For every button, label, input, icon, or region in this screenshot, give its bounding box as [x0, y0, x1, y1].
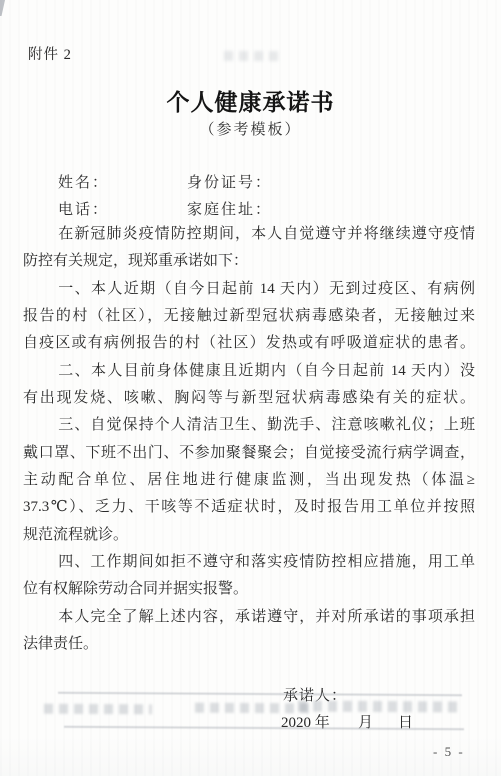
body-line: 防控有关规定，现郑重承诺如下： [23, 248, 475, 275]
bleed-through-smudge [224, 51, 280, 61]
body-line: 自疫区或有病例报告的村（社区）发热或有呼吸道症状的患者。 [23, 330, 475, 357]
scanned-document-page: 附件 2 个人健康承诺书 （参考模板） 姓名： 身份证号： 电话： 家庭住址： … [0, 0, 501, 776]
body-line: 法律责任。 [23, 631, 475, 658]
body-line: 本人完全了解上述内容，承诺遵守，并对所承诺的事项承担 [23, 604, 475, 631]
body-line: 有出现发烧、咳嗽、胸闷等与新型冠状病毒感染有关的症状。 [23, 385, 475, 412]
bleed-through-text-smudge [44, 704, 152, 715]
date-year-label: 2020 年 [281, 711, 330, 732]
body-line: 一、本人近期（自今日起前 14 天内）无到过疫区、有病例 [23, 276, 475, 303]
body-line: 在新冠肺炎疫情防控期间，本人自觉遵守并将继续遵守疫情 [23, 221, 475, 248]
bleed-through-rule [58, 692, 462, 696]
body-line: 37.3℃）、乏力、干咳等不适症状时，及时报告用工单位并按照 [23, 494, 475, 521]
body-line: 主动配合单位、居住地进行健康监测，当出现发热（体温≥ [23, 467, 475, 494]
phone-field-label: 电话： [58, 197, 109, 224]
body-line: 规范流程就诊。 [23, 522, 475, 549]
body-line: 位有权解除劳动合同并据实报警。 [23, 576, 475, 603]
document-title: 个人健康承诺书 [0, 84, 501, 117]
scan-shading [0, 736, 501, 776]
field-row-phone-address: 电话： 家庭住址： [0, 197, 501, 224]
body-line: 二、本人目前身体健康且近期内（自今日起前 14 天内）没 [23, 358, 475, 385]
document-subtitle: （参考模板） [0, 118, 501, 139]
date-month-label: 月 [358, 711, 373, 732]
body-line: 三、自觉保持个人清洁卫生、勤洗手、注意咳嗽礼仪；上班 [23, 412, 475, 439]
date-day-label: 日 [398, 711, 413, 732]
body-line: 报告的村（社区），无接触过新型冠状病毒感染者，无接触过来 [23, 303, 475, 330]
body-line: 四、工作期间如拒不遵守和落实疫情防控相应措施，用工单 [23, 549, 475, 576]
promisor-label: 承诺人： [283, 684, 347, 705]
field-row-name-id: 姓名： 身份证号： [0, 170, 501, 197]
address-field-label: 家庭住址： [187, 197, 272, 224]
body-line: 戴口罩、下班不出门、不参加聚餐聚会；自觉接受流行病学调查， [23, 440, 475, 467]
commitment-body: 在新冠肺炎疫情防控期间，本人自觉遵守并将继续遵守疫情 防控有关规定，现郑重承诺如… [23, 221, 475, 659]
attachment-label: 附件 2 [28, 43, 72, 64]
id-number-field-label: 身份证号： [187, 170, 272, 197]
page-number: - 5 - [433, 744, 465, 760]
scan-corner-artifact [0, 0, 5, 16]
name-field-label: 姓名： [58, 170, 109, 197]
